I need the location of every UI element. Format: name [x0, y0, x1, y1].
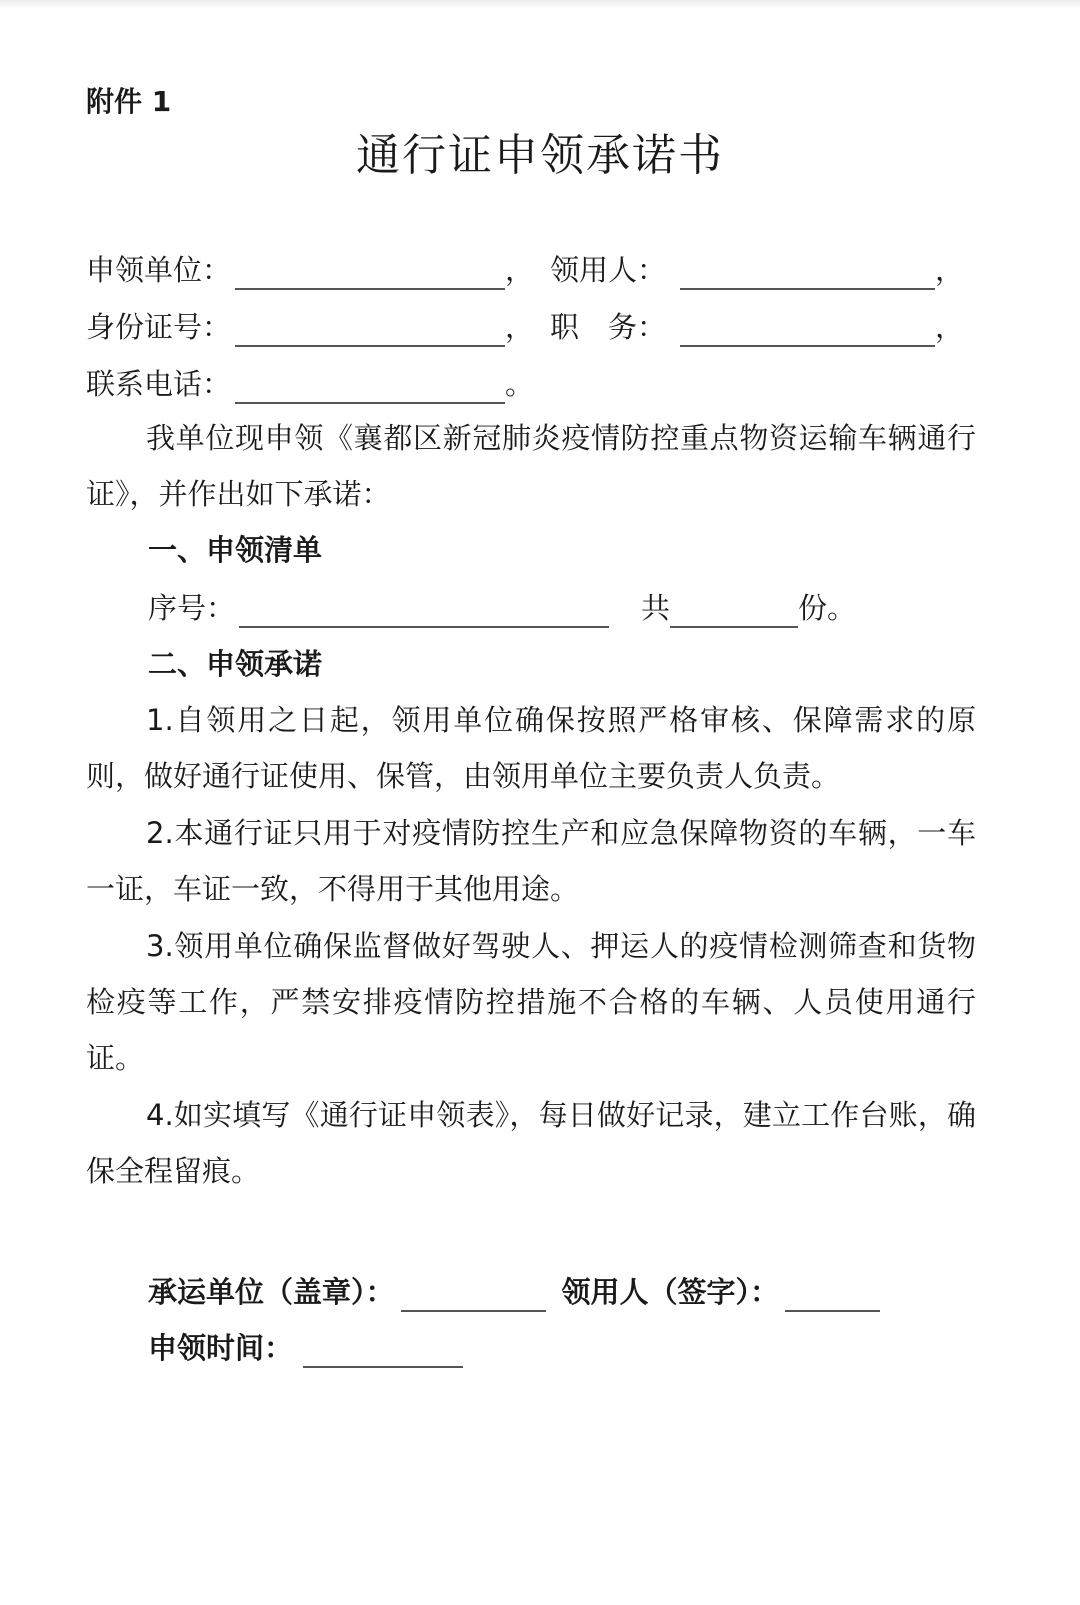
section1-heading: 一、申领清单 [148, 530, 322, 570]
commitment-item-2: 2.本通行证只用于对疫情防控生产和应急保障物资的车辆，一车一证，车证一致，不得用… [86, 805, 976, 917]
attachment-label: 附件 1 [86, 84, 171, 120]
comma: ， [935, 250, 964, 290]
period: 。 [505, 364, 534, 404]
phone-field[interactable] [235, 378, 505, 404]
serial-field[interactable] [239, 602, 609, 628]
carrier-label: 承运单位（盖章）： [148, 1272, 395, 1312]
signature-row-1: 承运单位（盖章）： 领用人（签字）： [148, 1272, 880, 1312]
comma: ， [935, 307, 964, 347]
serial-label: 序号： [148, 588, 235, 628]
field-row-1b: 领用人： ， [550, 250, 964, 290]
application-date-field[interactable] [303, 1342, 463, 1368]
recipient-label: 领用人： [550, 250, 666, 290]
page-top-edge [0, 0, 1080, 8]
recipient-sign-label: 领用人（签字）： [562, 1272, 780, 1312]
recipient-signature-field[interactable] [785, 1286, 880, 1312]
document-title: 通行证申领承诺书 [0, 128, 1080, 184]
commitment-item-4: 4.如实填写《通行证申领表》，每日做好记录，建立工作台账，确保全程留痕。 [86, 1087, 976, 1199]
total-prefix: 共 [641, 588, 670, 628]
intro-paragraph: 我单位现申领《襄都区新冠肺炎疫情防控重点物资运输车辆通行证》，并作出如下承诺： [86, 410, 976, 522]
comma: ， [505, 307, 534, 347]
commitment-item-1: 1.自领用之日起，领用单位确保按照严格审核、保障需求的原则，做好通行证使用、保管… [86, 692, 976, 804]
id-number-label: 身份证号： [86, 307, 231, 347]
total-suffix: 份。 [798, 588, 856, 628]
field-row-2b: 职 务： ， [550, 307, 964, 347]
recipient-field[interactable] [680, 264, 935, 290]
phone-label: 联系电话： [86, 364, 231, 404]
signature-row-2: 申领时间： [148, 1328, 463, 1368]
date-label: 申领时间： [148, 1328, 293, 1368]
carrier-stamp-field[interactable] [401, 1286, 546, 1312]
field-row-2: 身份证号： ， [86, 307, 534, 347]
applicant-unit-label: 申领单位： [86, 250, 231, 290]
field-row-1: 申领单位： ， [86, 250, 534, 290]
field-row-3: 联系电话： 。 [86, 364, 534, 404]
commitment-item-3: 3.领用单位确保监督做好驾驶人、押运人的疫情检测筛查和货物检疫等工作，严禁安排疫… [86, 918, 976, 1086]
position-label: 职 务： [550, 307, 666, 347]
serial-row: 序号： 共 份。 [148, 588, 856, 628]
position-field[interactable] [680, 321, 935, 347]
id-number-field[interactable] [235, 321, 505, 347]
applicant-unit-field[interactable] [235, 264, 505, 290]
comma: ， [505, 250, 534, 290]
total-count-field[interactable] [670, 602, 798, 628]
section2-heading: 二、申领承诺 [148, 644, 322, 684]
